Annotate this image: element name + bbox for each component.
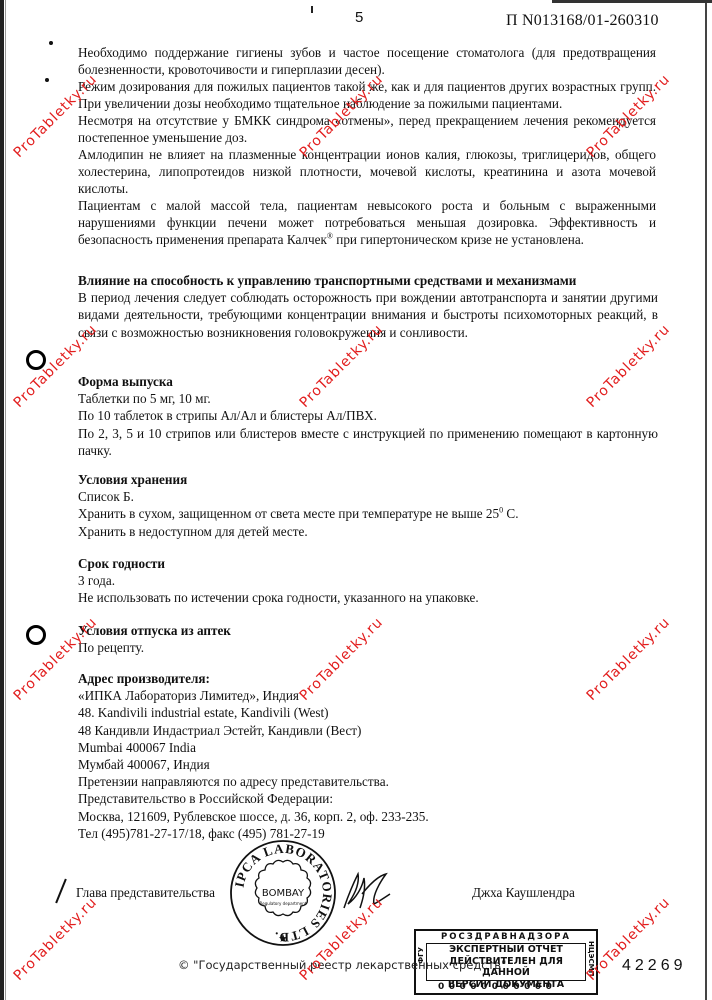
scan-edge-right	[705, 0, 707, 1000]
scan-edge-top	[552, 0, 712, 3]
bullet-icon	[49, 41, 53, 45]
section-line: Хранить в сухом, защищенном от света мес…	[78, 505, 658, 522]
registry-number: 42269	[622, 957, 687, 975]
address-line: Претензии направляются по адресу предста…	[78, 773, 658, 790]
stamp-digits: 00000000000	[438, 982, 556, 992]
section-heading: Срок годности	[78, 555, 658, 572]
address-line: Москва, 121609, Рублевское шоссе, д. 36,…	[78, 808, 658, 825]
address-line: Мумбай 400067, Индия	[78, 756, 658, 773]
section-line: Не использовать по истечении срока годно…	[78, 589, 658, 606]
stamp-title: РОСЗДРАВНАДЗОРА	[416, 932, 596, 942]
paragraph: Несмотря на отсутствие у БМКК синдрома «…	[78, 112, 656, 146]
paragraph: Пациентам с малой массой тела, пациентам…	[78, 197, 656, 248]
storage-section: Условия хранения Список Б. Хранить в сух…	[78, 471, 658, 540]
section-heading: Влияние на способность к управлению тран…	[78, 272, 658, 289]
signatory-title: Глава представительства	[76, 885, 215, 901]
watermark-text: ProTabletky.ru	[11, 894, 101, 984]
document-id: П N013168/01-260310	[506, 12, 659, 30]
svg-text:★: ★	[278, 933, 288, 945]
section-line: Список Б.	[78, 488, 658, 505]
section-line: Таблетки по 5 мг, 10 мг.	[78, 390, 658, 407]
page-number: 5	[355, 9, 363, 26]
scan-edge-left-inner	[5, 0, 6, 1000]
precautions-block: Необходимо поддержание гигиены зубов и ч…	[78, 44, 656, 248]
manufacturer-section: Адрес производителя: «ИПКА Лабораториз Л…	[78, 670, 658, 842]
signatory-name: Джха Каушлендра	[472, 885, 575, 901]
shelf-life-section: Срок годности 3 года. Не использовать по…	[78, 555, 658, 607]
section-heading: Форма выпуска	[78, 373, 658, 390]
paragraph: Амлодипин не влияет на плазменные концен…	[78, 146, 656, 197]
scan-edge-left	[0, 0, 4, 1000]
address-line: 48. Kandivili industrial estate, Kandivi…	[78, 704, 658, 721]
svg-text:Regulatory department: Regulatory department	[260, 901, 307, 906]
section-heading: Адрес производителя:	[78, 670, 658, 687]
company-seal-icon: IPCA LABORATORIES LTD. BOMBAY Regulatory…	[228, 838, 338, 948]
svg-text:BOMBAY: BOMBAY	[262, 888, 305, 899]
address-line: Представительство в Российской Федерации…	[78, 790, 658, 807]
scan-mark	[311, 6, 313, 13]
section-line: Хранить в недоступном для детей месте.	[78, 523, 658, 540]
signature-stroke	[55, 879, 67, 904]
bullet-text: Необходимо поддержание гигиены зубов и ч…	[78, 44, 656, 78]
section-line: По 10 таблеток в стрипы Ал/Ал и блистеры…	[78, 407, 658, 424]
bullet-icon	[45, 78, 49, 82]
copyright-notice: © "Государственный реестр лекарственных …	[178, 958, 506, 972]
section-line: По 2, 3, 5 и 10 стрипов или блистеров вм…	[78, 425, 658, 459]
address-line: Тел (495)781-27-17/18, факс (495) 781-27…	[78, 825, 658, 842]
section-line: 3 года.	[78, 572, 658, 589]
punch-hole-mark	[26, 625, 46, 645]
section-heading: Условия хранения	[78, 471, 658, 488]
address-line: «ИПКА Лабораториз Лимитед», Индия	[78, 687, 658, 704]
release-form-section: Форма выпуска Таблетки по 5 мг, 10 мг. П…	[78, 373, 658, 459]
address-line: Mumbai 400067 India	[78, 739, 658, 756]
address-line: 48 Кандивли Индастриал Эстейт, Кандивли …	[78, 722, 658, 739]
